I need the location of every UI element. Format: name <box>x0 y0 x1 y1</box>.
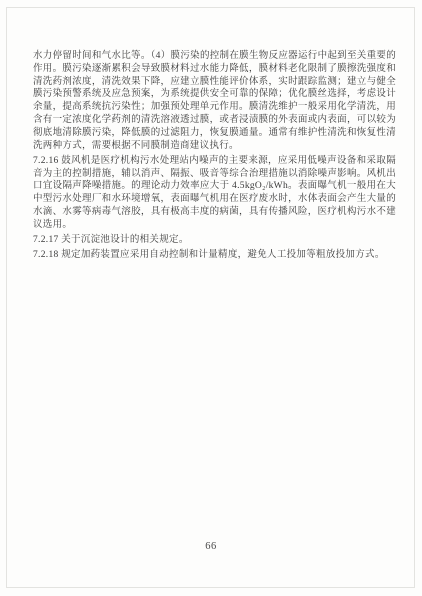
paragraph-membrane-fouling: 水力停留时间和气水比等。（4）膜污染的控制在膜生物反应器运行中起到至关重要的作用… <box>33 50 396 152</box>
page-number: 66 <box>0 541 422 552</box>
paragraph-7-2-18: 7.2.18 规定加药装置应采用自动控制和计量精度，避免人工投加等粗放投加方式。 <box>33 249 396 262</box>
paragraph-7-2-16: 7.2.16 鼓风机是医疗机构污水处理站内噪声的主要来源，应采用低噪声设备和采取… <box>33 155 396 232</box>
document-page: 水力停留时间和气水比等。（4）膜污染的控制在膜生物反应器运行中起到至关重要的作用… <box>0 0 422 596</box>
body-text: 水力停留时间和气水比等。（4）膜污染的控制在膜生物反应器运行中起到至关重要的作用… <box>33 50 396 262</box>
paragraph-7-2-17: 7.2.17 关于沉淀池设计的相关规定。 <box>33 234 396 247</box>
